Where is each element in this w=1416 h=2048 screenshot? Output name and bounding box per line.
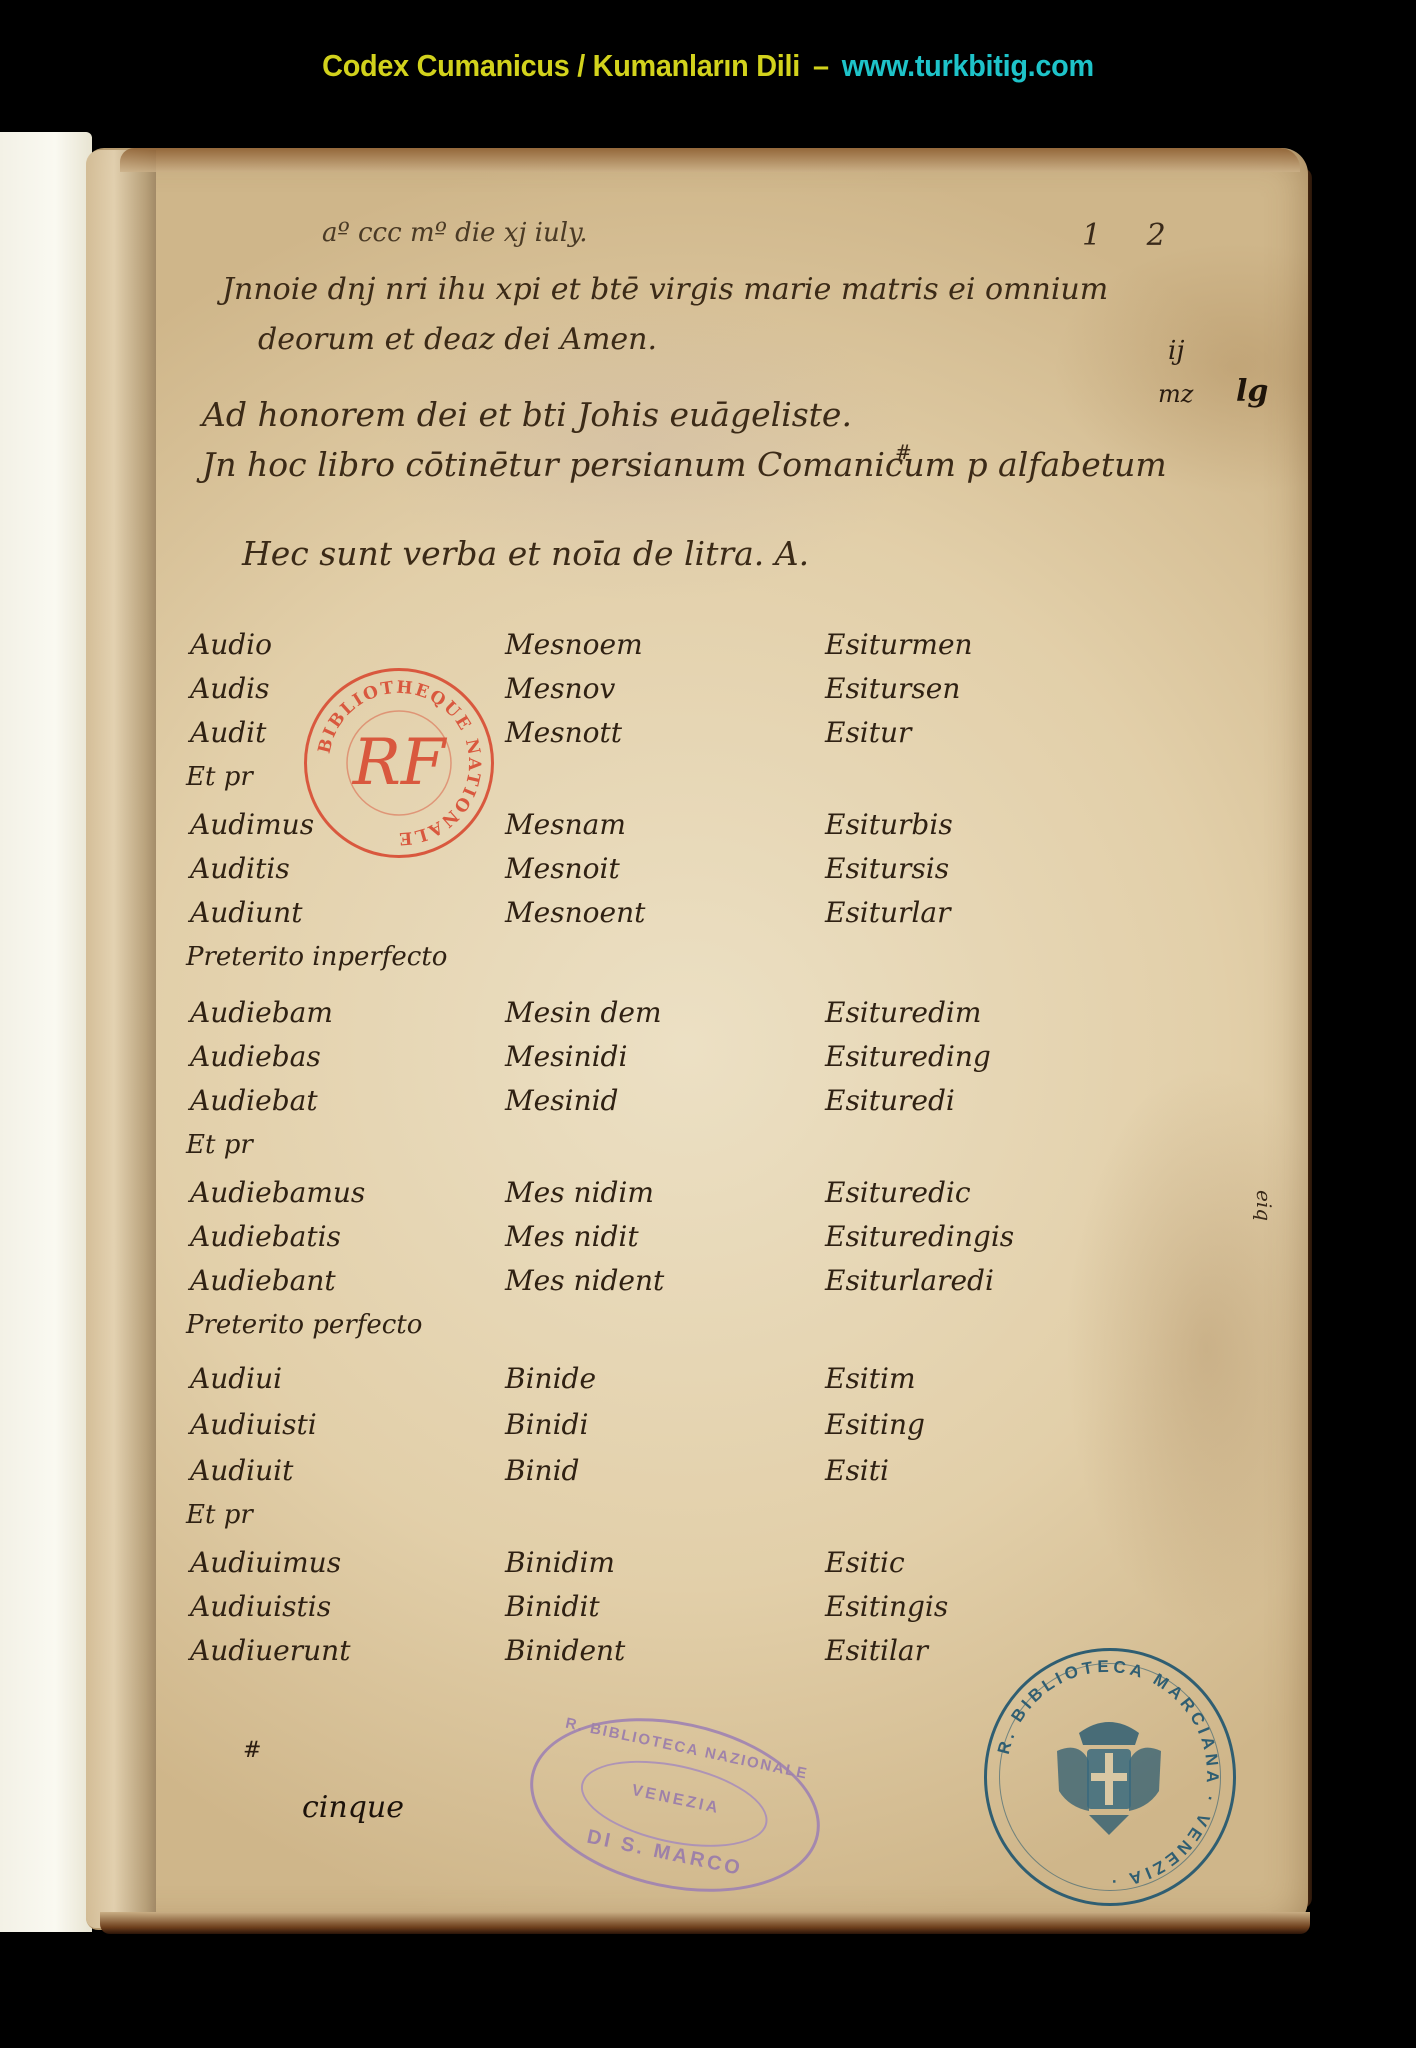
persian-word: Mesnam <box>505 808 626 841</box>
persian-word: Mesinid <box>505 1084 618 1117</box>
latin-word: Et pr <box>186 1500 253 1530</box>
persian-word: Mesnoem <box>505 628 643 661</box>
persian-word: Mesnoit <box>505 852 620 885</box>
latin-word: Audiuistis <box>190 1590 331 1623</box>
latin-word: Et pr <box>186 1130 253 1160</box>
persian-word: Binidit <box>505 1590 600 1623</box>
persian-word: Mes nidit <box>505 1220 639 1253</box>
invocation-line-1: Jnnoie dnj nri ihu xpi et btē virgis mar… <box>222 272 1108 307</box>
cuman-word: Esituredic <box>825 1176 971 1209</box>
biblioteca-marciana-stamp: R. BIBLIOTECA MARCIANA · VENEZIA · <box>984 1648 1236 1906</box>
latin-word: Audiui <box>190 1362 282 1395</box>
latin-word: Audiuimus <box>190 1546 341 1579</box>
signature-cinque: cinque <box>302 1790 404 1825</box>
cuman-word: Esiturlar <box>825 896 950 929</box>
cuman-word: Esitingis <box>825 1590 948 1623</box>
latin-word: Audiebas <box>190 1040 321 1073</box>
cuman-word: Esitim <box>825 1362 916 1395</box>
intro-line: Hec sunt verba et noīa de litra. A. <box>242 534 809 573</box>
latin-word: Et pr <box>186 762 253 792</box>
latin-word: Audiuisti <box>190 1408 317 1441</box>
invocation-line-2: deorum et deaz dei Amen. <box>258 322 657 357</box>
latin-word: Audiebamus <box>190 1176 365 1209</box>
cuman-word: Esituredim <box>825 996 981 1029</box>
persian-word: Mesinidi <box>505 1040 627 1073</box>
latin-word: Audiebant <box>190 1264 336 1297</box>
persian-word: Mes nident <box>505 1264 664 1297</box>
folio-number: 1 2 <box>1082 218 1184 253</box>
persian-word: Binident <box>505 1634 625 1667</box>
latin-word: Auditis <box>190 852 290 885</box>
latin-word: Preterito perfecto <box>186 1310 422 1340</box>
persian-word: Binidim <box>505 1546 615 1579</box>
cuman-word: Esitursis <box>825 852 949 885</box>
latin-word: Audiebam <box>190 996 333 1029</box>
cuman-word: Esiting <box>825 1408 925 1441</box>
contents-line: Jn hoc libro cōtinētur persianum Comanic… <box>202 445 1167 484</box>
latin-word: Audio <box>190 628 272 661</box>
cuman-word: Esiturmen <box>825 628 973 661</box>
page-top-edge <box>120 148 1300 172</box>
persian-word: Mesnoent <box>505 896 645 929</box>
cuman-word: Esitursen <box>825 672 960 705</box>
cuman-word: Esiturbis <box>825 808 953 841</box>
page-bottom-edge <box>100 1912 1310 1934</box>
cuman-word: Esituredingis <box>825 1220 1014 1253</box>
persian-word: Binidi <box>505 1408 588 1441</box>
contents-mark: # <box>895 440 912 464</box>
latin-word: Preterito inperfecto <box>186 942 447 972</box>
persian-word: Mesin dem <box>505 996 662 1029</box>
margin-note: ij <box>1168 336 1184 366</box>
margin-note: eiq <box>1252 1190 1276 1221</box>
persian-word: Binide <box>505 1362 596 1395</box>
banner-title: Codex Cumanicus / Kumanların Dili <box>322 48 800 83</box>
cuman-word: Esitureding <box>825 1040 991 1073</box>
latin-word: Audiebat <box>190 1084 318 1117</box>
banner-separator: – <box>813 48 829 83</box>
date-line: aº ccc mº die xj iuly. <box>322 218 588 248</box>
flyleaf <box>0 132 92 1932</box>
page-banner: Codex Cumanicus / Kumanların Dili–www.tu… <box>50 48 1367 84</box>
persian-word: Binid <box>505 1454 579 1487</box>
page-gutter <box>86 150 156 1928</box>
dedication-line: Ad honorem dei et bti Johis euāgeliste. <box>202 395 852 434</box>
cuman-word: Esitic <box>825 1546 905 1579</box>
latin-word: Audiuit <box>190 1454 293 1487</box>
margin-note: lg <box>1236 374 1268 409</box>
latin-word: Audiuerunt <box>190 1634 350 1667</box>
cuman-word: Esiturlaredi <box>825 1264 994 1297</box>
latin-word: Audiebatis <box>190 1220 341 1253</box>
latin-word: Audis <box>190 672 270 705</box>
margin-note: mz <box>1158 380 1193 408</box>
persian-word: Mesnov <box>505 672 615 705</box>
cuman-word: Esituredi <box>825 1084 955 1117</box>
cuman-word: Esiti <box>825 1454 889 1487</box>
footer-hash-mark: # <box>243 1738 261 1763</box>
banner-website-link[interactable]: www.turkbitig.com <box>842 48 1094 83</box>
cuman-word: Esitilar <box>825 1634 928 1667</box>
persian-word: Mes nidim <box>505 1176 654 1209</box>
coat-of-arms-icon <box>1049 1711 1169 1839</box>
latin-word: Audimus <box>190 808 314 841</box>
bibliotheque-nationale-stamp: BIBLIOTHEQUE NATIONALE RF <box>304 668 494 858</box>
persian-word: Mesnott <box>505 716 622 749</box>
stamp-monogram: RF <box>353 726 446 800</box>
latin-word: Audiunt <box>190 896 302 929</box>
latin-word: Audit <box>190 716 266 749</box>
cuman-word: Esitur <box>825 716 911 749</box>
